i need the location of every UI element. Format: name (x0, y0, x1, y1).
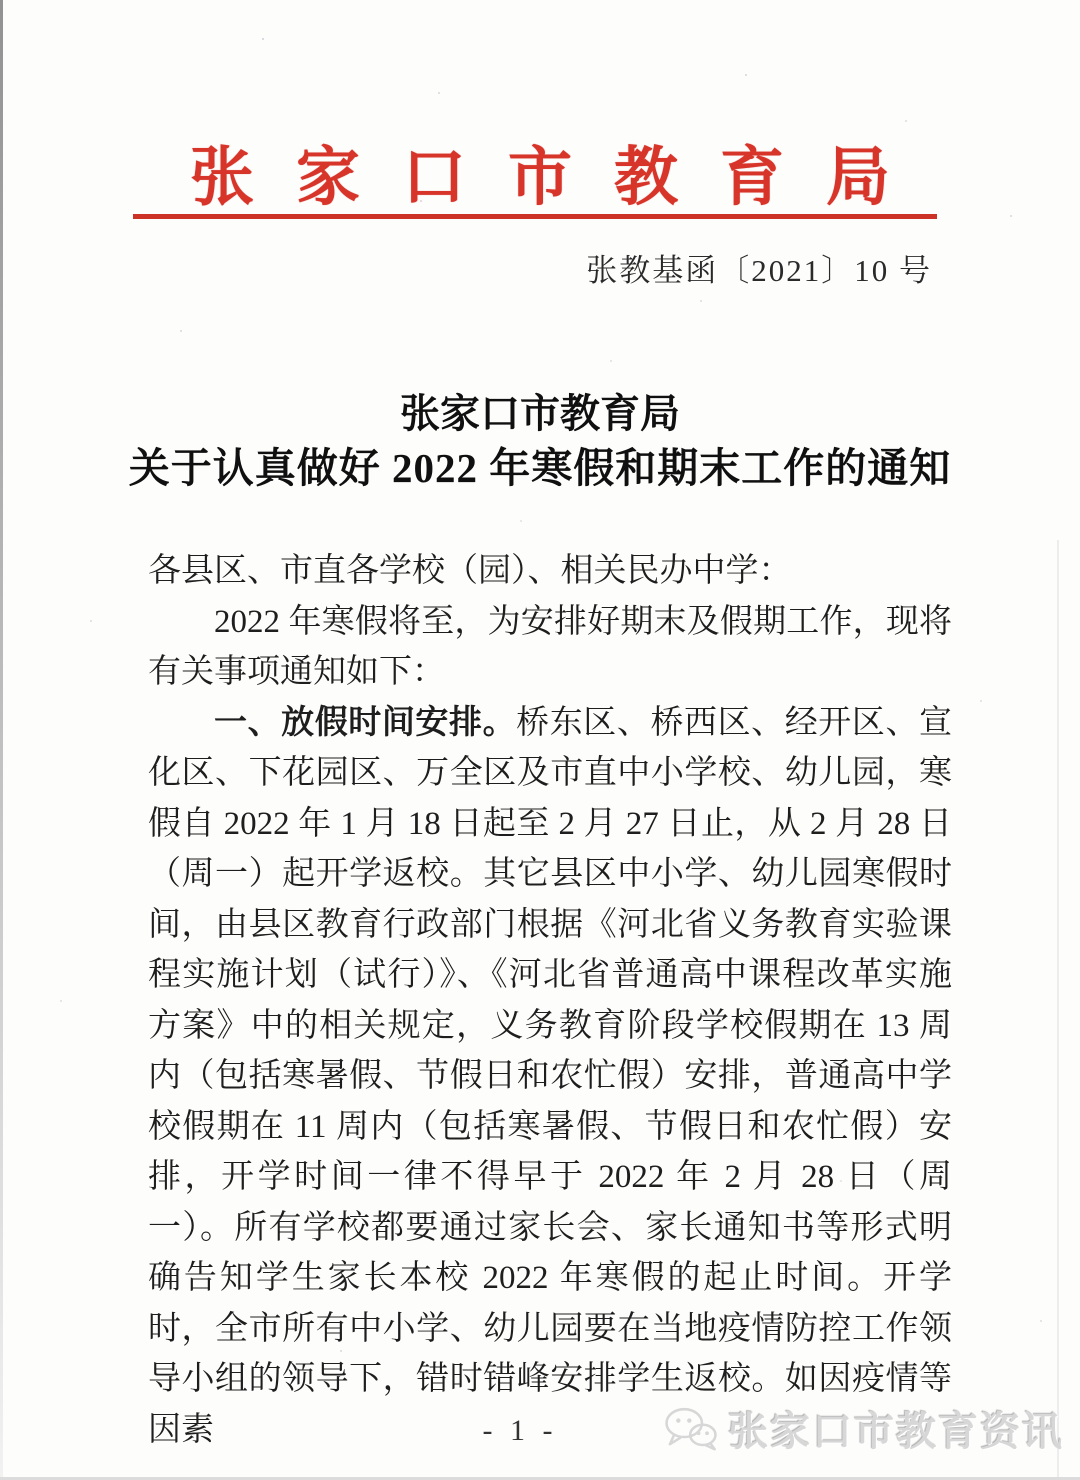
scan-noise (0, 0, 2, 2)
scan-edge-right (1057, 540, 1059, 1480)
salutation: 各县区、市直各学校（园）、相关民办中学： (148, 546, 952, 597)
document-title-line2: 关于认真做好 2022 年寒假和期末工作的通知 (0, 440, 1080, 496)
document-number: 张教基函〔2021〕10 号 (0, 245, 932, 290)
section-1-text: 桥东区、桥西区、经开区、宣化区、下花园区、万全区及市直中小学校、幼儿园，寒假自 … (148, 705, 952, 1448)
letterhead-agency-name: 张家口市教育局 (148, 126, 932, 218)
wechat-icon (664, 1406, 718, 1452)
section-1-paragraph: 一、放假时间安排。桥东区、桥西区、经开区、宣化区、下花园区、万全区及市直中小学校… (148, 698, 952, 1456)
letterhead-divider (133, 214, 937, 219)
section-1-heading: 一、放假时间安排。 (214, 705, 516, 741)
document-body: 各县区、市直各学校（园）、相关民办中学： 2022 年寒假将至，为安排好期末及假… (148, 546, 952, 1455)
scan-edge-left (0, 0, 3, 1480)
document-page: 张家口市教育局 张教基函〔2021〕10 号 张家口市教育局 关于认真做好 20… (0, 0, 1080, 1480)
document-title-line1: 张家口市教育局 (0, 388, 1080, 440)
watermark-text: 张家口市教育资讯 (728, 1400, 1064, 1457)
document-title: 张家口市教育局 关于认真做好 2022 年寒假和期末工作的通知 (0, 388, 1080, 496)
publisher-watermark: 张家口市教育资讯 (664, 1400, 1064, 1457)
intro-paragraph: 2022 年寒假将至，为安排好期末及假期工作，现将有关事项通知如下： (148, 597, 952, 698)
